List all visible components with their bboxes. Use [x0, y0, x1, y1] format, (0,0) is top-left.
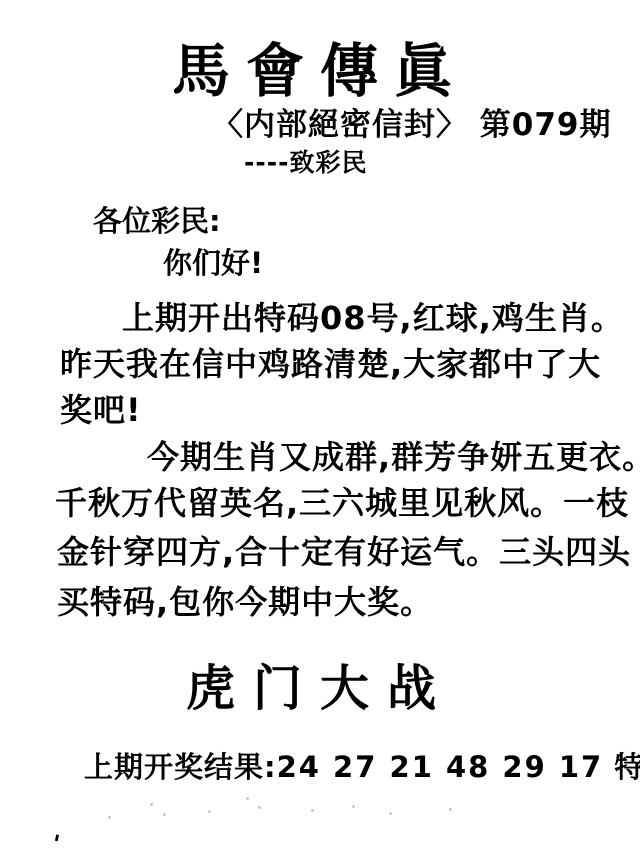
scan-stray-mark: ' [49, 830, 62, 853]
scan-noise-dot [449, 808, 452, 811]
previous-draw-results: 上期开奖结果:24 27 21 48 29 17 特08 [84, 745, 640, 786]
scan-noise-dot [246, 797, 249, 800]
results-numbers: 24 27 21 48 29 17 [277, 750, 604, 784]
scan-noise-dot [163, 813, 166, 816]
fax-document-page: 馬會傳眞 〈内部絕密信封〉 第079期 ----致彩民 各位彩民: 你们好! 上… [0, 0, 640, 853]
letter-body-line: 今期生肖又成群,群芳争妍五更衣。 [147, 432, 640, 478]
letter-body-line: 昨天我在信中鸡路清楚,大家都中了大 [60, 339, 601, 385]
document-title: 馬會傳眞 [0, 24, 640, 108]
dedication-line: ----致彩民 [244, 143, 368, 179]
letter-body-line: 买特码,包你今期中大奖。 [57, 577, 433, 623]
document-subtitle-issue: 〈内部絕密信封〉 第079期 [212, 99, 612, 144]
letter-body-line: 千秋万代留英名,三六城里见秋风。一枝 [55, 478, 629, 524]
scan-noise-dot [389, 812, 392, 815]
scan-noise-dot [150, 803, 153, 806]
results-special-number: 特08 [614, 750, 640, 784]
feature-heading: 虎门大战 [0, 650, 640, 720]
scan-noise-dot [352, 805, 355, 808]
scan-noise-dot [208, 810, 211, 813]
results-label: 上期开奖结果: [84, 750, 277, 784]
letter-body-line: 上期开出特码08号,红球,鸡生肖。 [122, 293, 624, 339]
letter-greeting: 你们好! [163, 241, 263, 282]
letter-salutation: 各位彩民: [93, 199, 221, 240]
letter-body-line: 奖吧! [60, 385, 142, 431]
letter-body-line: 金针穿四方,合十定有好运气。三头四头 [57, 527, 631, 573]
scan-noise-dot [311, 809, 314, 812]
scan-noise-dot [108, 816, 111, 819]
scan-noise-dot [258, 806, 261, 809]
